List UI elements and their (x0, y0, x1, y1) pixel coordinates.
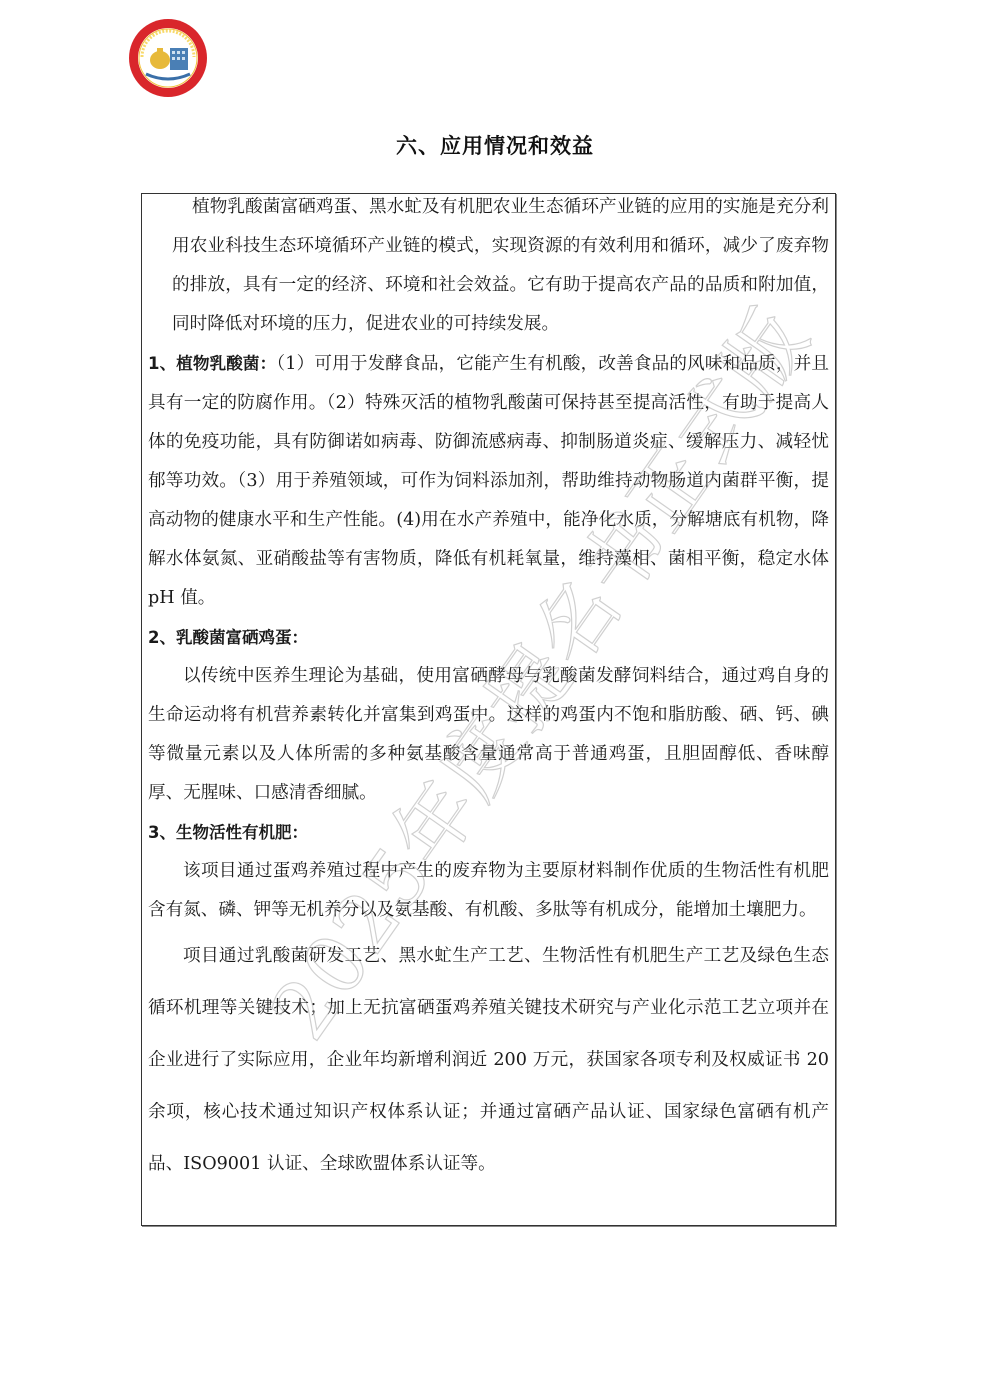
section-heading: 3、生物活性有机肥： (148, 813, 829, 852)
organization-seal-icon (128, 18, 208, 98)
section-body: （1）可用于发酵食品，它能产生有机酸，改善食品的风味和品质，并且具有一定的防腐作… (148, 354, 829, 608)
section-summary: 项目通过乳酸菌研发工艺、黑水虻生产工艺、生物活性有机肥生产工艺及绿色生态循环机理… (148, 930, 829, 1190)
summary-paragraph: 项目通过乳酸菌研发工艺、黑水虻生产工艺、生物活性有机肥生产工艺及绿色生态循环机理… (148, 930, 829, 1190)
section-body: 该项目通过蛋鸡养殖过程中产生的废弃物为主要原材料制作优质的生物活性有机肥含有氮、… (148, 852, 829, 930)
page-title: 六、应用情况和效益 (0, 130, 990, 160)
section-plant-lactobacillus: 1、植物乳酸菌：（1）可用于发酵食品，它能产生有机酸，改善食品的风味和品质，并且… (148, 344, 829, 618)
section-body: 以传统中医养生理论为基础，使用富硒酵母与乳酸菌发酵饲料结合，通过鸡自身的生命运动… (148, 657, 829, 813)
section-selenium-eggs: 2、乳酸菌富硒鸡蛋： 以传统中医养生理论为基础，使用富硒酵母与乳酸菌发酵饲料结合… (148, 618, 829, 813)
intro-paragraph-block: 植物乳酸菌富硒鸡蛋、黑水虻及有机肥农业生态循环产业链的应用的实施是充分利用农业科… (172, 188, 829, 344)
sections-block: 1、植物乳酸菌：（1）可用于发酵食品，它能产生有机酸，改善食品的风味和品质，并且… (148, 344, 829, 1190)
intro-paragraph: 植物乳酸菌富硒鸡蛋、黑水虻及有机肥农业生态循环产业链的应用的实施是充分利用农业科… (172, 188, 829, 344)
section-heading: 2、乳酸菌富硒鸡蛋： (148, 618, 829, 657)
section-heading: 1、植物乳酸菌： (148, 354, 276, 373)
section-bio-organic-fertilizer: 3、生物活性有机肥： 该项目通过蛋鸡养殖过程中产生的废弃物为主要原材料制作优质的… (148, 813, 829, 930)
content-box: 植物乳酸菌富硒鸡蛋、黑水虻及有机肥农业生态循环产业链的应用的实施是充分利用农业科… (141, 193, 836, 1226)
organization-seal (128, 18, 208, 98)
